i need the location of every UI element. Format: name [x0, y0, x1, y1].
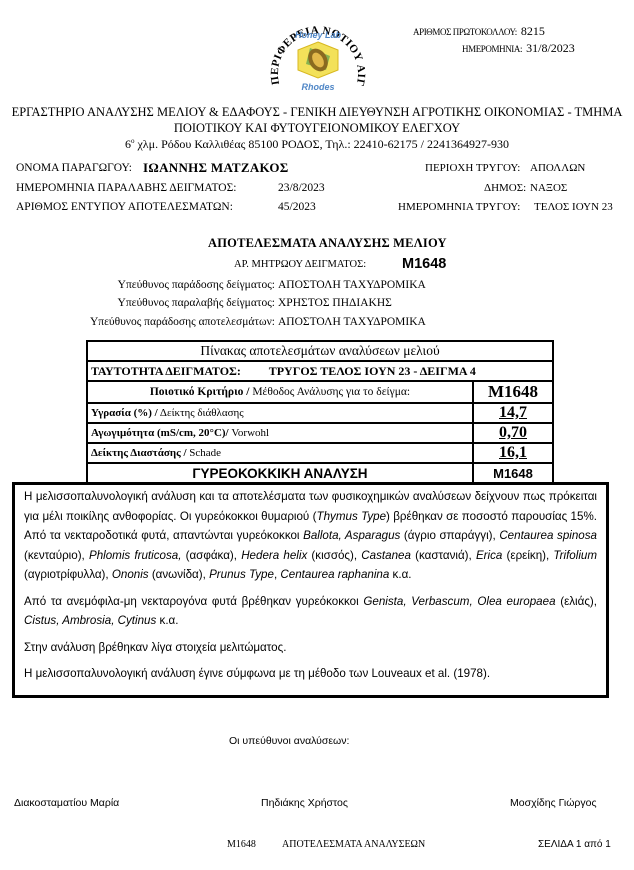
moisture-label: Υγρασία (%) / Δείκτης διάθλασης	[87, 403, 473, 423]
diastase-method: Schade	[187, 447, 222, 459]
footer-code: M1648	[227, 839, 256, 850]
text-segment: (καστανιά),	[411, 549, 476, 562]
sample-delivery-value: ΑΠΟΣΤΟΛΗ ΤΑΧΥΔΡΟΜΙΚΑ	[278, 279, 426, 291]
sample-identity: ΤΑΥΤΟΤΗΤΑ ΔΕΙΓΜΑΤΟΣ: ΤΡΥΓΟΣ ΤΕΛΟΣ ΙΟΥΝ 2…	[87, 361, 553, 381]
address-text: χλμ. Ρόδου Καλλιθέας 85100 ΡΟΔΟΣ, Τηλ.: …	[134, 137, 509, 151]
criterion-method: Μέθοδος Ανάλυσης για το δείγμα:	[249, 386, 410, 398]
sample-identity-value: ΤΡΥΓΟΣ ΤΕΛΟΣ ΙΟΥΝ 23 - ΔΕΙΓΜΑ 4	[269, 364, 476, 378]
species-name: Centaurea spinosa	[499, 529, 597, 542]
text-segment: (ασφάκα),	[181, 549, 241, 562]
pollen-paragraph-2: Από τα ανεμόφιλα-μη νεκταρογόνα φυτά βρέ…	[24, 592, 597, 631]
table-criterion-row: Ποιοτικό Κριτήριο / Μέθοδος Ανάλυσης για…	[87, 381, 553, 403]
harvest-date-label: ΗΜΕΡΟΜΗΝΙΑ ΤΡΥΓΟΥ:	[398, 201, 520, 213]
table-pollen-row: ΓΥΡΕΟΚΟΚΚΙΚΗ ΑΝΑΛΥΣΗ M1648	[87, 463, 553, 483]
species-name: Ballota, Asparagus	[303, 529, 400, 542]
criterion-header: Ποιοτικό Κριτήριο / Μέθοδος Ανάλυσης για…	[87, 381, 473, 403]
text-segment: (ελιάς),	[556, 595, 597, 608]
text-segment: (αγριοτρίφυλλα),	[24, 568, 112, 581]
logo-bottom-text: Rhodes	[301, 82, 334, 92]
species-name: Castanea	[361, 549, 411, 562]
species-name: Erica	[476, 549, 502, 562]
results-delivery-value: ΑΠΟΣΤΟΛΗ ΤΑΧΥΔΡΟΜΙΚΑ	[278, 316, 426, 328]
text-segment: (ερείκη),	[502, 549, 553, 562]
lab-address: 6ο χλμ. Ρόδου Καλλιθέας 85100 ΡΟΔΟΣ, Τηλ…	[0, 137, 634, 152]
protocol-number: 8215	[521, 24, 545, 38]
signatory-3: Μοσχίδης Γιώργος	[510, 797, 597, 809]
signatory-2: Πηδιάκης Χρήστος	[261, 797, 348, 809]
text-segment: Από τα ανεμόφιλα-μη νεκταρογόνα φυτά βρέ…	[24, 595, 363, 608]
diastase-value: 16,1	[473, 443, 553, 463]
species-name: Ononis	[112, 568, 149, 581]
form-number-label: ΑΡΙΘΜΟΣ ΕΝΤΥΠΟΥ ΑΠΟΤΕΛΕΣΜΑΤΩΝ:	[16, 201, 233, 213]
diastase-label: Δείκτης Διαστάσης / Schade	[87, 443, 473, 463]
logo-top-text: Honey Lab	[295, 30, 342, 40]
text-segment: (κενταύριο),	[24, 549, 89, 562]
criterion-bold: Ποιοτικό Κριτήριο /	[150, 386, 250, 398]
table-row: Δείκτης Διαστάσης / Schade 16,1	[87, 443, 553, 463]
protocol-date-label: ΗΜΕΡΟΜΗΝΙΑ:	[462, 44, 522, 54]
moisture-method: Δείκτης διάθλασης	[158, 407, 244, 419]
conductivity-label: Αγωγιμότητα (mS/cm, 20°C)/ Vorwohl	[87, 423, 473, 443]
pollen-paragraph-4: Η μελισσοπαλυνολογική ανάλυση έγινε σύμφ…	[24, 664, 597, 684]
harvest-area: ΑΠΟΛΛΩΝ	[530, 162, 585, 174]
text-segment: (ανωνίδα),	[149, 568, 209, 581]
registry-label: ΑΡ. ΜΗΤΡΩΟΥ ΔΕΙΓΜΑΤΟΣ:	[234, 259, 366, 270]
page-number: ΣΕΛΙΔΑ 1 από 1	[538, 839, 611, 850]
receipt-date: 23/8/2023	[278, 182, 325, 194]
lab-header-line2: ΠΟΙΟΤΙΚΟΥ ΚΑΙ ΦΥΤΟΥΓΕΙΟΝΟΜΙΚΟΥ ΕΛΕΓΧΟΥ	[0, 121, 634, 136]
honey-lab-logo: ΠΕΡΙΦΕΡΕΙΑ ΝΟΤΙΟΥ ΑΙΓΑΙΟΥ Honey Lab Rhod…	[258, 8, 378, 96]
table-title: Πίνακας αποτελεσμάτων αναλύσεων μελιού	[87, 341, 553, 361]
table-row: Υγρασία (%) / Δείκτης διάθλασης 14,7	[87, 403, 553, 423]
producer-name-label: ΟΝΟΜΑ ΠΑΡΑΓΩΓΟΥ:	[16, 162, 132, 174]
pollen-analysis-code: M1648	[473, 463, 553, 483]
sample-receipt-label: Υπεύθυνος παραλαβής δείγματος:	[40, 297, 275, 309]
text-segment: κ.α.	[389, 568, 411, 581]
registry-number: M1648	[402, 256, 446, 272]
footer-title: ΑΠΟΤΕΛΕΣΜΑΤΑ ΑΝΑΛΥΣΕΩΝ	[282, 839, 425, 850]
moisture-value: 14,7	[473, 403, 553, 423]
text-segment: (κισσός),	[307, 549, 361, 562]
sample-identity-label: ΤΑΥΤΟΤΗΤΑ ΔΕΙΓΜΑΤΟΣ:	[91, 364, 241, 378]
species-name: Genista, Verbascum, Olea europaea	[363, 595, 555, 608]
moisture-value-text: 14,7	[499, 404, 527, 421]
harvest-area-label: ΠΕΡΙΟΧΗ ΤΡΥΓΟΥ:	[425, 162, 520, 174]
conductivity-value-text: 0,70	[499, 424, 527, 441]
signatory-1: Διακοσταματίου Μαρία	[14, 797, 119, 809]
species-name: Hedera helix	[241, 549, 307, 562]
signatories-heading: Οι υπεύθυνοι αναλύσεων:	[229, 735, 349, 747]
results-table: Πίνακας αποτελεσμάτων αναλύσεων μελιού Τ…	[86, 340, 554, 484]
conductivity-method: Vorwohl	[229, 427, 269, 439]
harvest-date: ΤΕΛΟΣ ΙΟΥΝ 23	[534, 201, 613, 213]
species-name: Thymus Type	[317, 510, 387, 523]
table-title-row: Πίνακας αποτελεσμάτων αναλύσεων μελιού	[87, 341, 553, 361]
text-segment: κ.α.	[156, 614, 178, 627]
results-delivery-label: Υπεύθυνος παράδοσης αποτελεσμάτων:	[40, 316, 275, 328]
conductivity-value: 0,70	[473, 423, 553, 443]
pollen-paragraph-3: Στην ανάλυση βρέθηκαν λίγα στοιχεία μελι…	[24, 638, 597, 658]
protocol-number-label: ΑΡΙΘΜΟΣ ΠΡΩΤΟΚΟΛΛΟΥ:	[413, 27, 517, 37]
sample-receipt-value: ΧΡΗΣΤΟΣ ΠΗΔΙΑΚΗΣ	[278, 297, 392, 309]
species-name: Prunus Type	[209, 568, 274, 581]
text-segment: (άγριο σπαράγγι),	[400, 529, 499, 542]
protocol-date: 31/8/2023	[526, 41, 575, 55]
conductivity-bold: Αγωγιμότητα (mS/cm, 20°C)/	[91, 427, 229, 439]
table-row: Αγωγιμότητα (mS/cm, 20°C)/ Vorwohl 0,70	[87, 423, 553, 443]
diastase-value-text: 16,1	[499, 444, 527, 461]
pollen-paragraph-1: Η μελισσοπαλυνολογική ανάλυση και τα απο…	[24, 487, 597, 585]
lab-header-line1: ΕΡΓΑΣΤΗΡΙΟ ΑΝΑΛΥΣΗΣ ΜΕΛΙΟΥ & ΕΔΑΦΟΥΣ - Γ…	[0, 105, 634, 120]
pollen-analysis-label: ΓΥΡΕΟΚΟΚΚΙΚΗ ΑΝΑΛΥΣΗ	[87, 463, 473, 483]
producer-name: ΙΩΑΝΝΗΣ ΜΑΤΖΑΚΟΣ	[143, 160, 289, 176]
pollen-analysis-text: Η μελισσοπαλυνολογική ανάλυση και τα απο…	[12, 482, 609, 698]
diastase-bold: Δείκτης Διαστάσης /	[91, 447, 187, 459]
table-id-row: ΤΑΥΤΟΤΗΤΑ ΔΕΙΓΜΑΤΟΣ: ΤΡΥΓΟΣ ΤΕΛΟΣ ΙΟΥΝ 2…	[87, 361, 553, 381]
species-name: Centaurea raphanina	[280, 568, 389, 581]
sample-code: M1648	[473, 381, 553, 403]
municipality: ΝΑΞΟΣ	[530, 182, 567, 194]
species-name: Cistus, Ambrosia, Cytinus	[24, 614, 156, 627]
moisture-bold: Υγρασία (%) /	[91, 407, 158, 419]
municipality-label: ΔΗΜΟΣ:	[484, 182, 526, 194]
form-number: 45/2023	[278, 201, 316, 213]
sample-delivery-label: Υπεύθυνος παράδοσης δείγματος:	[40, 279, 275, 291]
receipt-date-label: ΗΜΕΡΟΜΗΝΙΑ ΠΑΡΑΛΑΒΗΣ ΔΕΙΓΜΑΤΟΣ:	[16, 182, 236, 194]
species-name: Phlomis fruticosa,	[89, 549, 181, 562]
results-title: ΑΠΟΤΕΛΕΣΜΑΤΑ ΑΝΑΛΥΣΗΣ ΜΕΛΙΟΥ	[208, 236, 447, 251]
species-name: Trifolium	[553, 549, 597, 562]
